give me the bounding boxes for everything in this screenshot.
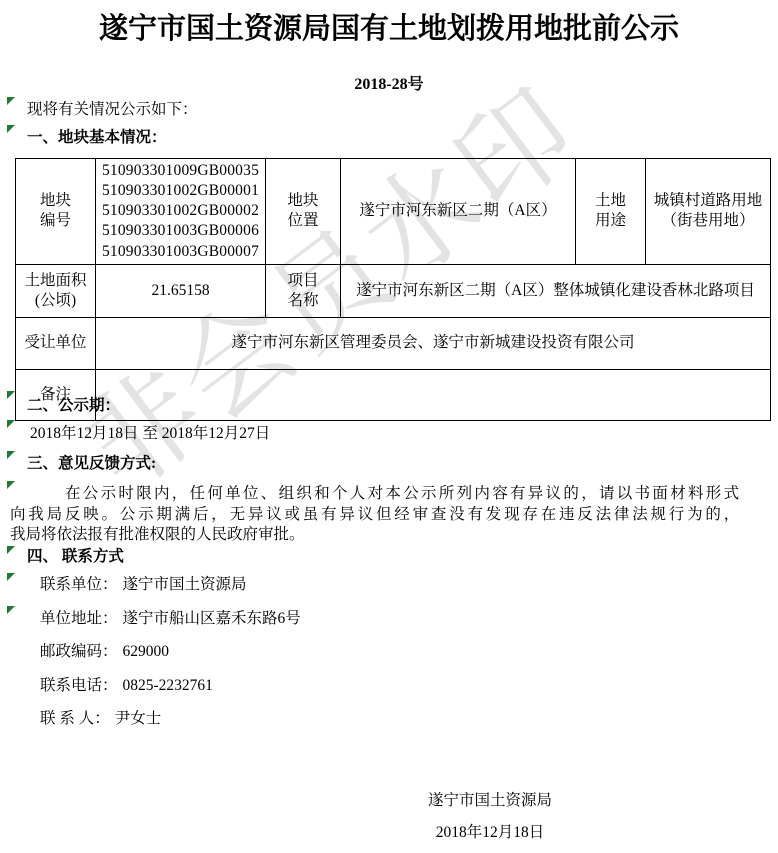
project-label: 项目 名称 xyxy=(266,264,341,317)
contact-unit-line: 联系单位：遂宁市国土资源局 xyxy=(40,576,301,610)
contact-address-value: 遂宁市船山区嘉禾东路6号 xyxy=(123,610,301,627)
postal-code-line: 邮政编码：629000 xyxy=(40,643,301,677)
section2-heading: 二、公示期： xyxy=(27,397,120,415)
paragraph-line: 我局将依法报有批准权限的人民政府审批。 xyxy=(10,525,752,546)
area-value: 21.65158 xyxy=(96,264,266,317)
table-row: 受让单位 遂宁市河东新区管理委员会、遂宁市新城建设投资有限公司 xyxy=(16,317,771,369)
phone-label: 联系电话： xyxy=(40,677,118,694)
transferee-value: 遂宁市河东新区管理委员会、遂宁市新城建设投资有限公司 xyxy=(96,317,771,369)
section1-heading: 一、地块基本情况： xyxy=(27,129,167,147)
document-number: 2018-28号 xyxy=(0,71,778,94)
section4-heading: 四、 联系方式 xyxy=(27,548,124,566)
publicity-period: 2018年12月18日 至 2018年12月27日 xyxy=(30,425,270,443)
revision-mark-icon xyxy=(7,97,15,105)
area-label: 土地面积 (公顷) xyxy=(16,264,96,317)
contact-address-label: 单位地址： xyxy=(40,610,118,627)
contact-person-label: 联 系 人： xyxy=(40,710,110,727)
intro-line: 现将有关情况公示如下： xyxy=(27,101,198,119)
land-use-label: 土地 用途 xyxy=(576,159,646,265)
land-use-value: 城镇村道路用地 （街巷用地） xyxy=(646,159,771,265)
table-row: 地块 编号 510903301009GB00035 510903301002GB… xyxy=(16,159,771,265)
contact-person-value: 尹女士 xyxy=(115,710,162,727)
parcel-info-table: 地块 编号 510903301009GB00035 510903301002GB… xyxy=(15,158,771,421)
paragraph-line: 在公示时限内，任何单位、组织和个人对本公示所列内容有异议的，请以书面材料形式 xyxy=(10,484,752,505)
issuing-org: 遂宁市国土资源局 xyxy=(340,793,640,809)
contact-unit-label: 联系单位： xyxy=(40,576,118,593)
contact-unit-value: 遂宁市国土资源局 xyxy=(123,576,247,593)
contact-address-line: 单位地址：遂宁市船山区嘉禾东路6号 xyxy=(40,610,301,644)
revision-mark-icon xyxy=(7,391,15,399)
revision-mark-icon xyxy=(7,125,15,133)
revision-mark-icon xyxy=(7,546,15,554)
remarks-value xyxy=(96,369,771,420)
section3-heading: 三、意见反馈方式: xyxy=(27,455,156,473)
postal-code-label: 邮政编码： xyxy=(40,643,118,660)
revision-mark-icon xyxy=(7,420,15,428)
parcel-id-values: 510903301009GB00035 510903301002GB00001 … xyxy=(96,159,266,265)
revision-mark-icon xyxy=(7,451,15,459)
table-row: 土地面积 (公顷) 21.65158 项目 名称 遂宁市河东新区二期（A区）整体… xyxy=(16,264,771,317)
transferee-label: 受让单位 xyxy=(16,317,96,369)
feedback-paragraph: 在公示时限内，任何单位、组织和个人对本公示所列内容有异议的，请以书面材料形式 向… xyxy=(10,484,752,546)
phone-line: 联系电话：0825-2232761 xyxy=(40,677,301,711)
phone-value: 0825-2232761 xyxy=(123,677,213,694)
issue-date: 2018年12月18日 xyxy=(340,825,640,841)
signature-block: 遂宁市国土资源局 2018年12月18日 xyxy=(340,793,640,841)
postal-code-value: 629000 xyxy=(123,643,170,660)
notice-document: 非会员水印 遂宁市国土资源局国有土地划拨用地批前公示 2018-28号 现将有关… xyxy=(0,0,778,853)
revision-mark-icon xyxy=(7,573,15,581)
revision-mark-icon xyxy=(7,606,15,614)
location-value: 遂宁市河东新区二期（A区） xyxy=(341,159,576,265)
contact-person-line: 联 系 人：尹女士 xyxy=(40,710,301,744)
paragraph-line: 向我局反映。公示期满后，无异议或虽有异议但经审查没有发现存在违反法律法规行为的， xyxy=(10,505,752,526)
parcel-id-label: 地块 编号 xyxy=(16,159,96,265)
contact-list: 联系单位：遂宁市国土资源局 单位地址：遂宁市船山区嘉禾东路6号 邮政编码：629… xyxy=(40,576,301,744)
table-row: 备注 xyxy=(16,369,771,420)
project-value: 遂宁市河东新区二期（A区）整体城镇化建设香林北路项目 xyxy=(341,264,771,317)
location-label: 地块 位置 xyxy=(266,159,341,265)
page-title: 遂宁市国土资源局国有土地划拨用地批前公示 xyxy=(0,13,778,46)
revision-mark-icon xyxy=(7,481,15,489)
